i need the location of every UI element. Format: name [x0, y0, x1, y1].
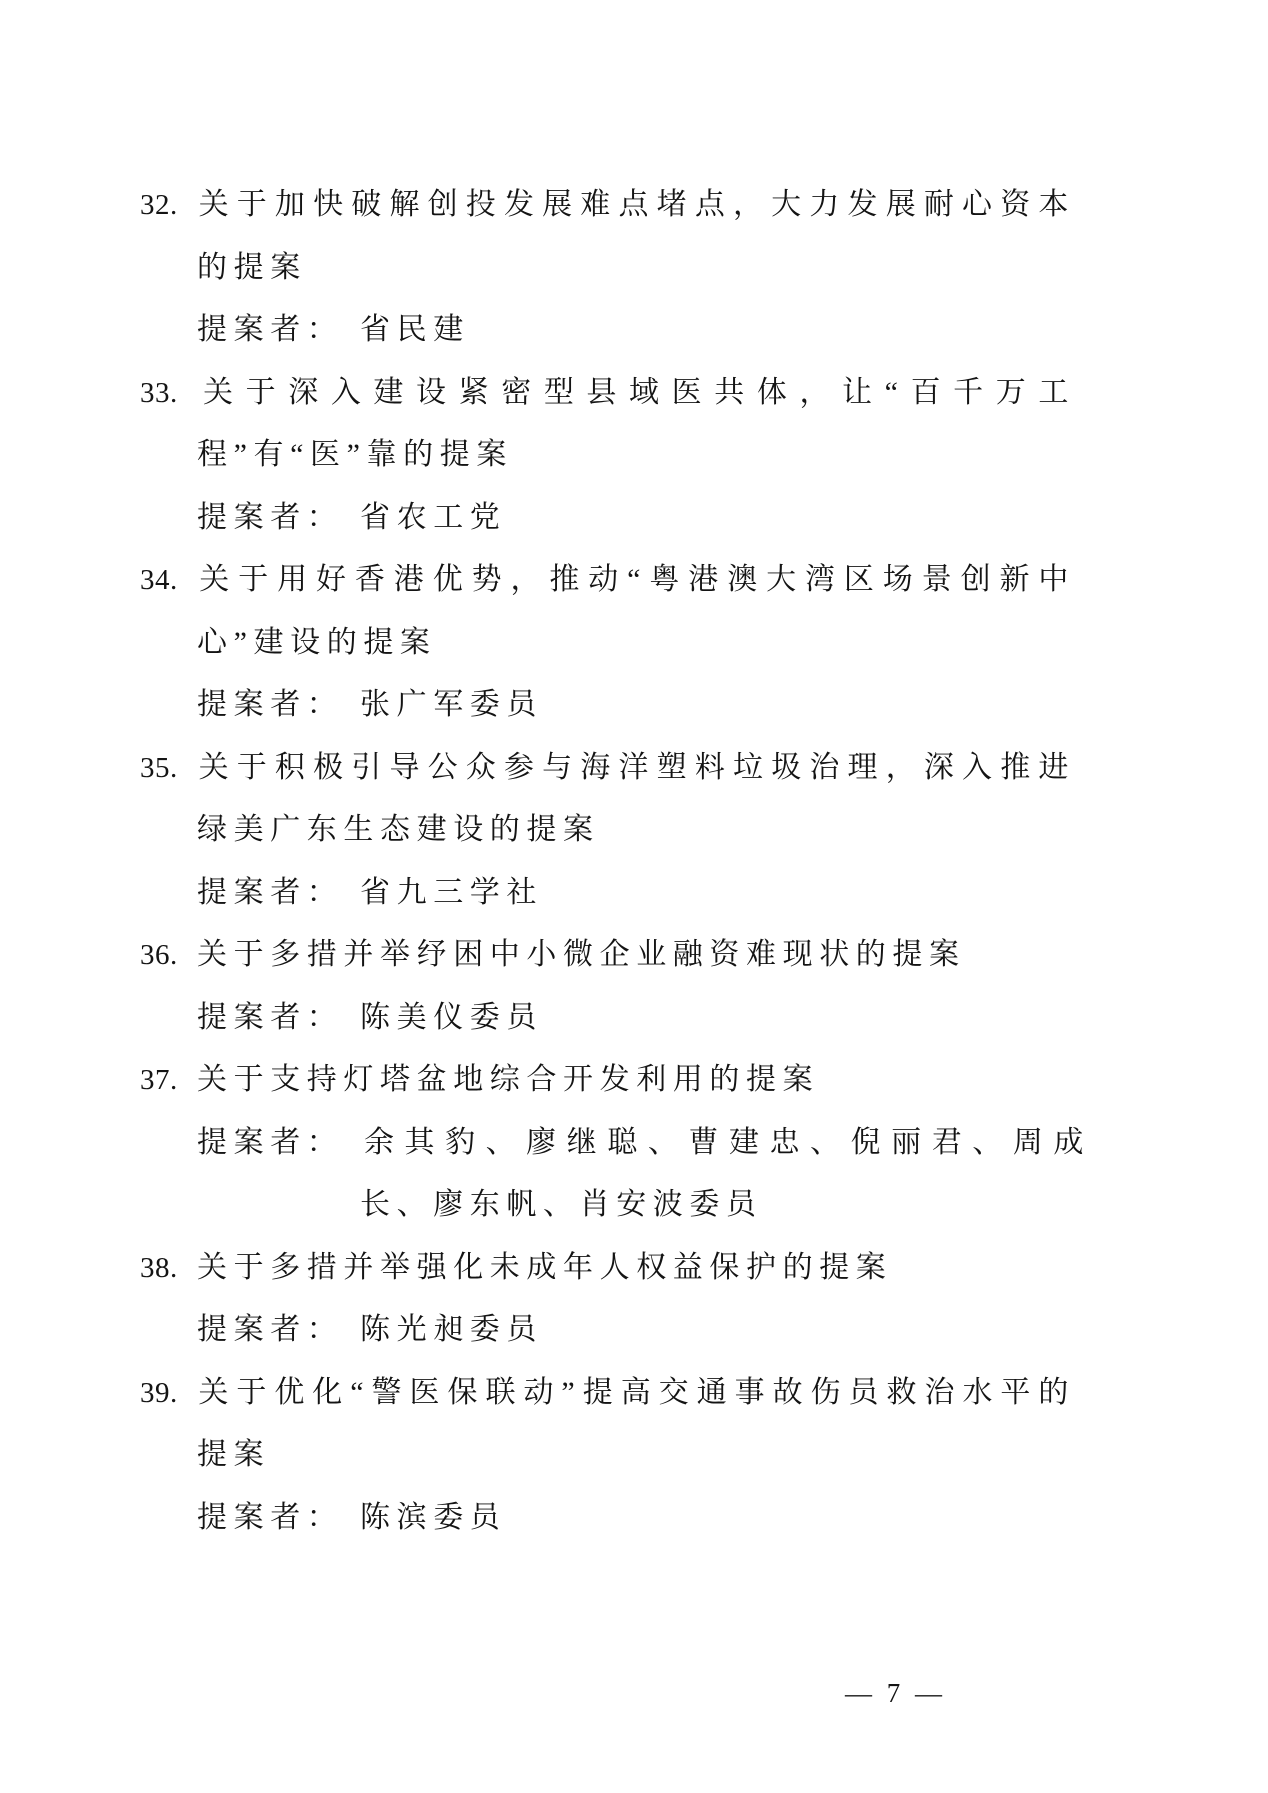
- proposal-number: 32.: [140, 174, 197, 237]
- proposal-title: 37.关于支持灯塔盆地综合开发利用的提案: [140, 1049, 1075, 1112]
- proposal-title: 38.关于多措并举强化未成年人权益保护的提案: [140, 1237, 1075, 1300]
- proposal-title: 34.关于用好香港优势，推动“粤港澳大湾区场景创新中心”建设的提案: [140, 549, 1075, 674]
- proposal-proposer: 提案者：陈美仪委员: [140, 987, 1090, 1050]
- proposer-label: 提案者：: [197, 299, 360, 362]
- proposal-title-text: 关于加快破解创投发展难点堵点，大力发展耐心资本的提案: [197, 188, 1075, 284]
- proposal-list: 32.关于加快破解创投发展难点堵点，大力发展耐心资本的提案 提案者：省民建 33…: [0, 174, 1268, 1549]
- proposal-proposer: 提案者：余其豹、廖继聪、曹建忠、倪丽君、周成长、廖东帆、肖安波委员: [140, 1112, 1090, 1237]
- proposal-title: 32.关于加快破解创投发展难点堵点，大力发展耐心资本的提案: [140, 174, 1075, 299]
- proposal-number: 35.: [140, 737, 197, 800]
- proposal-proposer: 提案者：陈滨委员: [140, 1487, 1090, 1550]
- proposal-item-34: 34.关于用好香港优势，推动“粤港澳大湾区场景创新中心”建设的提案 提案者：张广…: [0, 549, 1268, 737]
- proposal-title-text: 关于多措并举纾困中小微企业融资难现状的提案: [197, 938, 966, 971]
- proposer-names: 张广军委员: [360, 688, 543, 721]
- proposal-item-37: 37.关于支持灯塔盆地综合开发利用的提案 提案者：余其豹、廖继聪、曹建忠、倪丽君…: [0, 1049, 1268, 1237]
- proposal-title: 35.关于积极引导公众参与海洋塑料垃圾治理，深入推进绿美广东生态建设的提案: [140, 737, 1075, 862]
- proposer-label: 提案者：: [197, 1487, 360, 1550]
- proposal-title-text: 关于优化“警医保联动”提高交通事故伤员救治水平的提案: [197, 1376, 1075, 1472]
- proposal-number: 37.: [140, 1049, 197, 1112]
- proposal-title-text: 关于多措并举强化未成年人权益保护的提案: [197, 1251, 892, 1284]
- proposal-title-text: 关于深入建设紧密型县域医共体，让“百千万工程”有“医”靠的提案: [197, 376, 1075, 472]
- proposer-label: 提案者：: [197, 674, 360, 737]
- proposal-proposer: 提案者：省农工党: [140, 487, 1090, 550]
- proposer-names: 陈光昶委员: [360, 1313, 543, 1346]
- proposal-item-39: 39.关于优化“警医保联动”提高交通事故伤员救治水平的提案 提案者：陈滨委员: [0, 1362, 1268, 1550]
- proposal-proposer: 提案者：省民建: [140, 299, 1090, 362]
- proposal-title: 33.关于深入建设紧密型县域医共体，让“百千万工程”有“医”靠的提案: [140, 362, 1075, 487]
- proposal-proposer: 提案者：省九三学社: [140, 862, 1090, 925]
- proposal-number: 38.: [140, 1237, 197, 1300]
- document-page: 32.关于加快破解创投发展难点堵点，大力发展耐心资本的提案 提案者：省民建 33…: [0, 0, 1268, 1793]
- proposer-label: 提案者：: [197, 987, 360, 1050]
- proposer-label: 提案者：: [197, 1299, 360, 1362]
- proposal-number: 39.: [140, 1362, 197, 1425]
- proposal-item-38: 38.关于多措并举强化未成年人权益保护的提案 提案者：陈光昶委员: [0, 1237, 1268, 1362]
- proposal-title-text: 关于用好香港优势，推动“粤港澳大湾区场景创新中心”建设的提案: [197, 563, 1075, 659]
- proposer-label: 提案者：: [197, 487, 360, 550]
- proposal-number: 33.: [140, 362, 197, 425]
- proposal-item-36: 36.关于多措并举纾困中小微企业融资难现状的提案 提案者：陈美仪委员: [0, 924, 1268, 1049]
- proposer-names: 省九三学社: [360, 876, 543, 909]
- proposer-label: 提案者：: [197, 1112, 360, 1175]
- proposal-title-text: 关于支持灯塔盆地综合开发利用的提案: [197, 1063, 819, 1096]
- proposal-item-33: 33.关于深入建设紧密型县域医共体，让“百千万工程”有“医”靠的提案 提案者：省…: [0, 362, 1268, 550]
- proposal-proposer: 提案者：张广军委员: [140, 674, 1090, 737]
- proposal-proposer: 提案者：陈光昶委员: [140, 1299, 1090, 1362]
- proposer-names: 省民建: [360, 313, 470, 346]
- proposal-item-35: 35.关于积极引导公众参与海洋塑料垃圾治理，深入推进绿美广东生态建设的提案 提案…: [0, 737, 1268, 925]
- proposal-title-text: 关于积极引导公众参与海洋塑料垃圾治理，深入推进绿美广东生态建设的提案: [197, 751, 1075, 847]
- proposal-number: 34.: [140, 549, 197, 612]
- proposer-label: 提案者：: [197, 862, 360, 925]
- page-number: — 7 —: [845, 1678, 946, 1709]
- proposer-names: 余其豹、廖继聪、曹建忠、倪丽君、周成长、廖东帆、肖安波委员: [360, 1126, 1090, 1222]
- proposal-title: 36.关于多措并举纾困中小微企业融资难现状的提案: [140, 924, 1075, 987]
- proposer-names: 陈滨委员: [360, 1501, 506, 1534]
- proposer-names: 陈美仪委员: [360, 1001, 543, 1034]
- proposal-title: 39.关于优化“警医保联动”提高交通事故伤员救治水平的提案: [140, 1362, 1075, 1487]
- proposer-names: 省农工党: [360, 501, 506, 534]
- proposal-number: 36.: [140, 924, 197, 987]
- proposal-item-32: 32.关于加快破解创投发展难点堵点，大力发展耐心资本的提案 提案者：省民建: [0, 174, 1268, 362]
